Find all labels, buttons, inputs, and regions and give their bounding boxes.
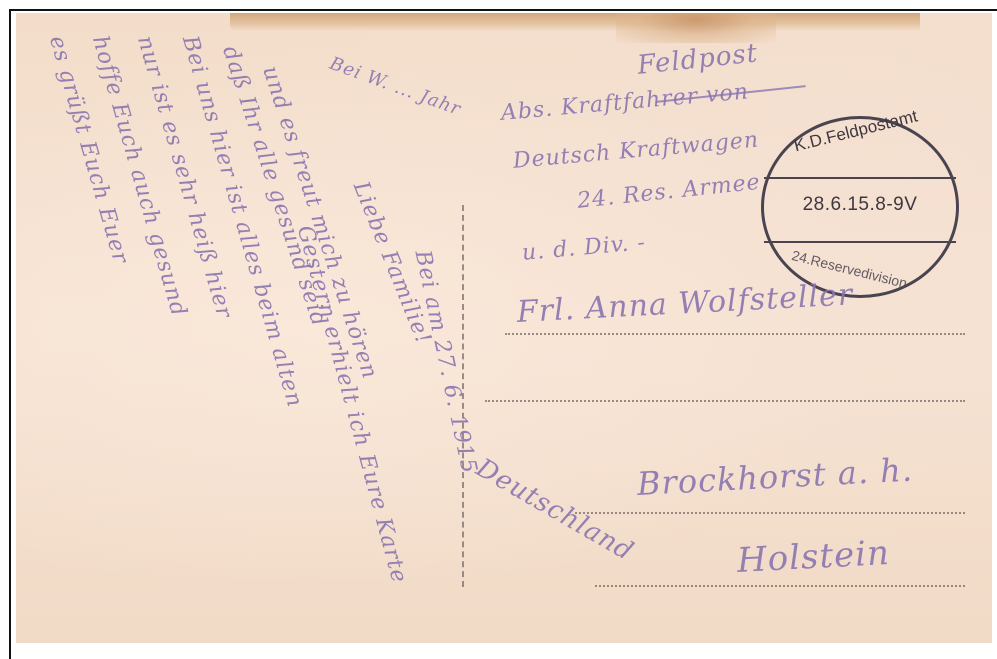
address-line-4 [595,585,965,587]
address-line-2 [485,400,965,402]
sender-line-4: u. d. Div. - [521,230,647,266]
postcard: Feldpost Abs. Kraftfahrer von Deutsch Kr… [16,13,992,643]
message-date: Bei am 27. 6. 1915 [410,248,482,476]
sender-line-3: 24. Res. Armee [576,170,762,214]
recipient-country: Deutschland [471,453,639,567]
age-stain-top [230,13,920,31]
address-line-3 [575,512,965,514]
postmark-stamp: K.D.Feldpostamt 28.6.15.8-9V 24.Reserved… [761,116,959,298]
sender-line-1: Abs. Kraftfahrer von [500,79,750,126]
recipient-town: Brockhorst a. h. [636,451,914,503]
sender-line-2: Deutsch Kraftwagen [512,127,760,173]
postmark-date: 28.6.15.8-9V [764,194,956,216]
recipient-name: Frl. Anna Wolfsteller [516,277,854,330]
address-line-1 [505,333,965,335]
postmark-top-text: K.D.Feldpostamt [792,106,920,156]
recipient-region: Holstein [736,533,891,581]
feldpost-mark: Feldpost [636,38,760,80]
message-note-top: Bei W. ... Jahr [327,53,464,120]
